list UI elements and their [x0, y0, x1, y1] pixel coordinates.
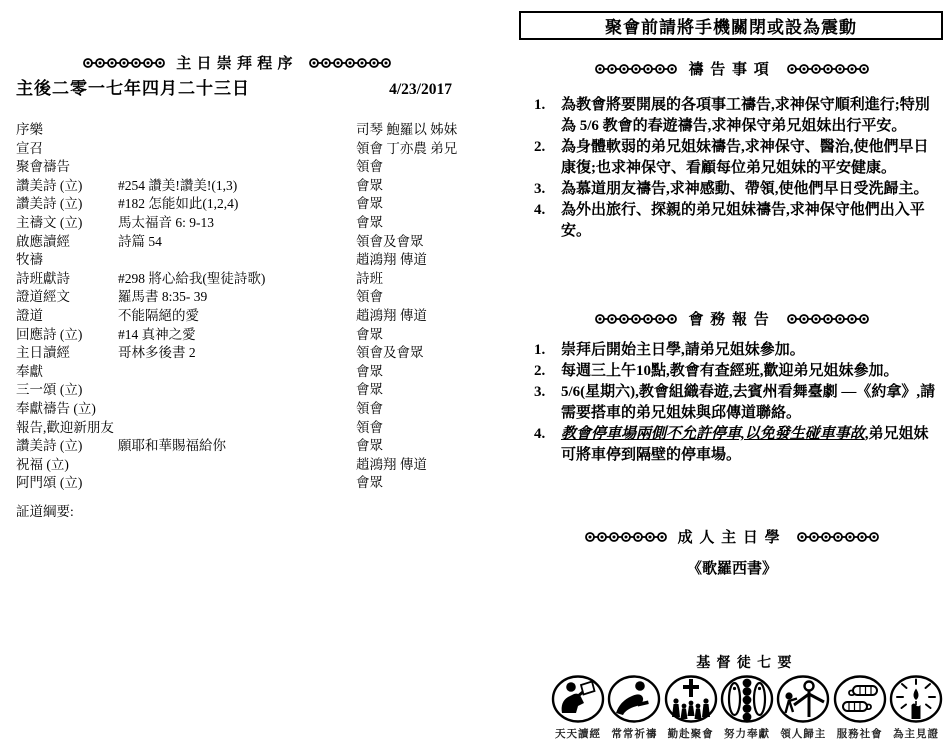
table-row: 讚美詩 (立)#182 怎能如此(1,2,4)會眾: [16, 192, 468, 211]
item-number: 4.: [534, 200, 554, 221]
program-item: 報告,歡迎新朋友: [16, 416, 118, 436]
item-text: 每週三上午10點,教會有查經班,歡迎弟兄姐妹參加。: [561, 361, 942, 382]
item-number: 2.: [534, 361, 554, 382]
list-item: 2.每週三上午10點,教會有查經班,歡迎弟兄姐妹參加。: [534, 361, 942, 382]
table-row: 牧禱趙鴻翔 傳道: [16, 248, 468, 267]
program-leader: 詩班: [356, 267, 468, 287]
date-numeric: 4/23/2017: [389, 81, 452, 99]
scroll-ornament-icon: [786, 63, 870, 75]
table-row: 主日讀經哥林多後書 2領會及會眾: [16, 341, 468, 360]
announcements-section-header: 會務報告: [522, 308, 942, 329]
table-row: 啟應讀經詩篇 54領會及會眾: [16, 230, 468, 249]
seven-essentials-strip: 基督徒七要 天天讀經 常常祈禱: [551, 652, 943, 741]
program-leader: 會眾: [356, 174, 468, 194]
program-leader: 趙鴻翔 傳道: [356, 453, 468, 473]
item-text: 為慕道朋友禱告,求神感動、帶領,使他們早日受洗歸主。: [561, 179, 942, 200]
program-item: 詩班獻詩: [16, 267, 118, 287]
seven-essentials-icons: 天天讀經 常常祈禱: [551, 675, 943, 741]
date-line: 主後二零一七年四月二十三日 4/23/2017: [16, 74, 452, 99]
scroll-ornament-icon: [308, 57, 392, 69]
program-item: 讚美詩 (立): [16, 174, 118, 194]
scroll-ornament-icon: [594, 63, 678, 75]
table-row: 三一頌 (立)會眾: [16, 378, 468, 397]
church-bulletin-page: 主日崇拜程序 主後二零一七年四月二十三日 4/23/2017 序樂司琴 鮑羅以 …: [0, 0, 949, 743]
prayer-items-list: 1.為教會將要開展的各項事工禱告,求神保守順利進行;特別為 5/6 教會的春遊禱…: [534, 95, 942, 242]
program-leader: 領會: [356, 397, 468, 417]
program-item: 啟應讀經: [16, 230, 118, 250]
program-leader: 會眾: [356, 471, 468, 491]
program-leader: 領會: [356, 416, 468, 436]
essential-label: 常常祈禱: [611, 726, 657, 741]
item-text: 崇拜后開始主日學,請弟兄姐妹參加。: [561, 340, 942, 361]
date-chinese: 主後二零一七年四月二十三日: [16, 74, 250, 99]
program-leader: 會眾: [356, 434, 468, 454]
program-leader: 領會及會眾: [356, 230, 468, 250]
table-row: 證道經文羅馬書 8:35- 39領會: [16, 285, 468, 304]
read-bible-icon: [551, 675, 605, 725]
scroll-ornament-icon: [584, 531, 668, 543]
program-leader: 領會及會眾: [356, 341, 468, 361]
item-number: 1.: [534, 95, 554, 116]
program-item: 證道: [16, 304, 118, 324]
program-item: 序樂: [16, 118, 118, 138]
phone-notice-text: 聚會前請將手機關閉或設為震動: [605, 13, 857, 38]
fish-coins-icon: [720, 675, 774, 725]
item-number: 2.: [534, 137, 554, 158]
table-row: 宣召領會 丁亦農 弟兄: [16, 137, 468, 156]
announcements-list: 1.崇拜后開始主日學,請弟兄姐妹參加。 2.每週三上午10點,教會有查經班,歡迎…: [534, 340, 942, 466]
program-item: 奉獻: [16, 360, 118, 380]
pray-icon: [607, 675, 661, 725]
essential-offering: 努力奉獻: [720, 675, 774, 741]
item-text: 為身體軟弱的弟兄姐妹禱告,求神保守、醫治,使他們早日康復;也求神保守、看顧每位弟…: [561, 137, 942, 179]
list-item: 1.為教會將要開展的各項事工禱告,求神保守順利進行;特別為 5/6 教會的春遊禱…: [534, 95, 942, 137]
program-item: 讚美詩 (立): [16, 192, 118, 212]
list-item: 2.為身體軟弱的弟兄姐妹禱告,求神保守、醫治,使他們早日康復;也求神保守、看顧每…: [534, 137, 942, 179]
item-number: 1.: [534, 340, 554, 361]
program-item: 主禱文 (立): [16, 211, 118, 231]
program-detail: #298 將心給我(聖徒詩歌): [118, 267, 356, 287]
essential-label: 服務社會: [837, 726, 883, 741]
essential-label: 勤赴聚會: [668, 726, 714, 741]
program-item: 聚會禱告: [16, 155, 118, 175]
list-item: 4.為外出旅行、探親的弟兄姐妹禱告,求神保守他們出入平安。: [534, 200, 942, 242]
prayer-section-title: 禱告事項: [688, 58, 775, 79]
essential-label: 領人歸主: [780, 726, 826, 741]
worship-program-table: 序樂司琴 鮑羅以 姊妹 宣召領會 丁亦農 弟兄 聚會禱告領會 讚美詩 (立)#2…: [16, 118, 468, 490]
sunday-school-header: 成人主日學: [522, 526, 942, 547]
program-leader: 會眾: [356, 323, 468, 343]
program-item: 證道經文: [16, 285, 118, 305]
item-number: 3.: [534, 179, 554, 200]
item-text: 為外出旅行、探親的弟兄姐妹禱告,求神保守他們出入平安。: [561, 200, 942, 242]
table-row: 阿門頌 (立)會眾: [16, 471, 468, 490]
announcements-section-title: 會務報告: [688, 308, 775, 329]
table-row: 聚會禱告領會: [16, 155, 468, 174]
essential-label: 努力奉獻: [724, 726, 770, 741]
phone-notice-box: 聚會前請將手機關閉或設為震動: [519, 11, 943, 40]
sermon-outline-label: 証道綱要:: [16, 500, 74, 520]
scroll-ornament-icon: [796, 531, 880, 543]
worship-order-header: 主日崇拜程序: [8, 52, 466, 73]
scroll-ornament-icon: [786, 313, 870, 325]
congregation-cross-icon: [664, 675, 718, 725]
program-detail: 馬太福音 6: 9-13: [118, 211, 356, 231]
item-number: 4.: [534, 424, 554, 445]
essential-serve-society: 服務社會: [833, 675, 887, 741]
item-text: 5/6(星期六),教會組織春遊,去賓州看舞臺劇 —《約拿》,請需要搭車的弟兄姐妹…: [561, 382, 942, 424]
essential-witness: 為主見證: [889, 675, 943, 741]
program-detail: #182 怎能如此(1,2,4): [118, 192, 356, 212]
candle-icon: [889, 675, 943, 725]
table-row: 詩班獻詩#298 將心給我(聖徒詩歌)詩班: [16, 267, 468, 286]
program-leader: 會眾: [356, 378, 468, 398]
worship-order-title: 主日崇拜程序: [176, 52, 298, 73]
program-item: 回應詩 (立): [16, 323, 118, 343]
list-item: 1.崇拜后開始主日學,請弟兄姐妹參加。: [534, 340, 942, 361]
program-detail: 羅馬書 8:35- 39: [118, 285, 356, 305]
table-row: 讚美詩 (立)願耶和華賜福給你會眾: [16, 434, 468, 453]
table-row: 奉獻禱告 (立)領會: [16, 397, 468, 416]
seven-essentials-title: 基督徒七要: [551, 652, 943, 672]
essential-pray: 常常祈禱: [607, 675, 661, 741]
program-item: 阿門頌 (立): [16, 471, 118, 491]
program-leader: 趙鴻翔 傳道: [356, 304, 468, 324]
essential-attend-gatherings: 勤赴聚會: [664, 675, 718, 741]
program-item: 主日讀經: [16, 341, 118, 361]
program-leader: 會眾: [356, 360, 468, 380]
list-item: 3.5/6(星期六),教會組織春遊,去賓州看舞臺劇 —《約拿》,請需要搭車的弟兄…: [534, 382, 942, 424]
sunday-school-title: 成人主日學: [678, 526, 787, 547]
program-leader: 會眾: [356, 192, 468, 212]
table-row: 讚美詩 (立)#254 讚美!讚美!(1,3)會眾: [16, 174, 468, 193]
program-detail: 詩篇 54: [118, 230, 356, 250]
program-leader: 司琴 鮑羅以 姊妹: [356, 118, 468, 138]
item-number: 3.: [534, 382, 554, 403]
parking-warning-emphasis: 教會停車場兩側不允許停車,以免發生碰車事故: [561, 426, 865, 442]
program-item: 祝福 (立): [16, 453, 118, 473]
program-detail: 哥林多後書 2: [118, 341, 356, 361]
list-item: 4.教會停車場兩側不允許停車,以免發生碰車事故,弟兄姐妹可將車停到隔壁的停車場。: [534, 424, 942, 466]
essential-label: 為主見證: [893, 726, 939, 741]
essential-read-bible: 天天讀經: [551, 675, 605, 741]
program-detail: 不能隔絕的愛: [118, 304, 356, 324]
program-detail: #254 讚美!讚美!(1,3): [118, 174, 356, 194]
program-item: 牧禱: [16, 248, 118, 268]
program-leader: 會眾: [356, 211, 468, 231]
program-item: 讚美詩 (立): [16, 434, 118, 454]
table-row: 奉獻會眾: [16, 360, 468, 379]
essential-lead-to-christ: 領人歸主: [776, 675, 830, 741]
item-text: 為教會將要開展的各項事工禱告,求神保守順利進行;特別為 5/6 教會的春遊禱告,…: [561, 95, 942, 137]
program-item: 宣召: [16, 137, 118, 157]
serving-hands-icon: [833, 675, 887, 725]
scroll-ornament-icon: [82, 57, 166, 69]
sunday-school-book: 《歌羅西書》: [522, 557, 942, 578]
program-item: 三一頌 (立): [16, 378, 118, 398]
program-leader: 領會: [356, 285, 468, 305]
essential-label: 天天讀經: [555, 726, 601, 741]
program-leader: 領會 丁亦農 弟兄: [356, 137, 468, 157]
table-row: 主禱文 (立)馬太福音 6: 9-13會眾: [16, 211, 468, 230]
table-row: 證道不能隔絕的愛趙鴻翔 傳道: [16, 304, 468, 323]
program-leader: 趙鴻翔 傳道: [356, 248, 468, 268]
program-item: 奉獻禱告 (立): [16, 397, 118, 417]
table-row: 序樂司琴 鮑羅以 姊妹: [16, 118, 468, 137]
item-text: 教會停車場兩側不允許停車,以免發生碰車事故,弟兄姐妹可將車停到隔壁的停車場。: [561, 424, 942, 466]
program-detail: #14 真神之愛: [118, 323, 356, 343]
lead-person-icon: [776, 675, 830, 725]
prayer-section-header: 禱告事項: [522, 58, 942, 79]
table-row: 祝福 (立)趙鴻翔 傳道: [16, 453, 468, 472]
table-row: 報告,歡迎新朋友領會: [16, 416, 468, 435]
list-item: 3.為慕道朋友禱告,求神感動、帶領,使他們早日受洗歸主。: [534, 179, 942, 200]
program-detail: 願耶和華賜福給你: [118, 434, 356, 454]
scroll-ornament-icon: [594, 313, 678, 325]
program-leader: 領會: [356, 155, 468, 175]
table-row: 回應詩 (立)#14 真神之愛會眾: [16, 323, 468, 342]
